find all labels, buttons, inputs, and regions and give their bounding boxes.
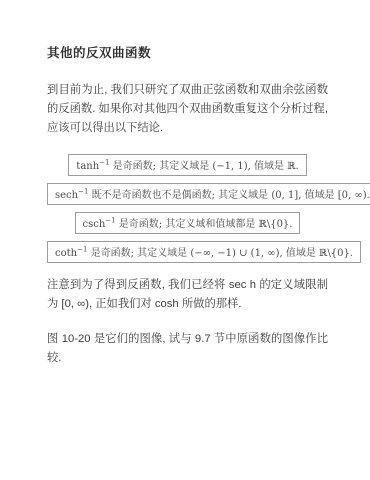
result-text-csch: 是奇函数; 其定义域和值域都是 ℝ\{0}. (116, 219, 293, 230)
result-box-row-sech: sech−1 既不是奇函数也不是偶函数; 其定义域是 (0, 1], 值域是 [… (47, 183, 328, 205)
section-heading: 其他的反双曲函数 (47, 43, 328, 61)
superscript-inverse: −1 (77, 246, 87, 254)
result-box-row-csch: csch−1 是奇函数; 其定义域和值域都是 ℝ\{0}. (47, 212, 328, 234)
superscript-inverse: −1 (99, 159, 109, 167)
result-box-sech: sech−1 既不是奇函数也不是偶函数; 其定义域是 (0, 1], 值域是 [… (47, 183, 370, 205)
function-name-tanh: tanh (76, 161, 99, 172)
result-box-csch: csch−1 是奇函数; 其定义域和值域都是 ℝ\{0}. (75, 212, 301, 234)
function-name-csch: csch (83, 219, 106, 230)
result-boxes: tanh−1 是奇函数; 其定义域是 (−1, 1), 值域是 ℝ. sech−… (47, 154, 328, 263)
paragraph-figure-ref: 图 10-20 是它们的图像, 试与 9.7 节中原函数的图像作比较. (47, 330, 328, 368)
paragraph-intro: 到目前为止, 我们只研究了双曲正弦函数和双曲余弦函数的反函数. 如果你对其他四个… (47, 81, 328, 138)
superscript-inverse: −1 (78, 188, 88, 196)
result-box-row-tanh: tanh−1 是奇函数; 其定义域是 (−1, 1), 值域是 ℝ. (47, 154, 328, 176)
result-box-tanh: tanh−1 是奇函数; 其定义域是 (−1, 1), 值域是 ℝ. (68, 154, 306, 176)
result-box-row-coth: coth−1 是奇函数; 其定义域是 (−∞, −1) ∪ (1, ∞), 值域… (47, 241, 328, 263)
result-text-sech: 既不是奇函数也不是偶函数; 其定义域是 (0, 1], 值域是 [0, ∞). (88, 190, 369, 201)
function-name-sech: sech (55, 190, 78, 201)
result-text-coth: 是奇函数; 其定义域是 (−∞, −1) ∪ (1, ∞), 值域是 ℝ\{0}… (87, 248, 353, 259)
page-content: 其他的反双曲函数 到目前为止, 我们只研究了双曲正弦函数和双曲余弦函数的反函数.… (0, 0, 370, 368)
function-name-coth: coth (55, 248, 77, 259)
result-box-coth: coth−1 是奇函数; 其定义域是 (−∞, −1) ∪ (1, ∞), 值域… (47, 241, 361, 263)
result-text-tanh: 是奇函数; 其定义域是 (−1, 1), 值域是 ℝ. (110, 161, 299, 172)
paragraph-note: 注意到为了得到反函数, 我们已经将 sec h 的定义域限制为 [0, ∞), … (47, 276, 328, 314)
superscript-inverse: −1 (105, 217, 115, 225)
document-page: 其他的反双曲函数 到目前为止, 我们只研究了双曲正弦函数和双曲余弦函数的反函数.… (0, 0, 370, 480)
